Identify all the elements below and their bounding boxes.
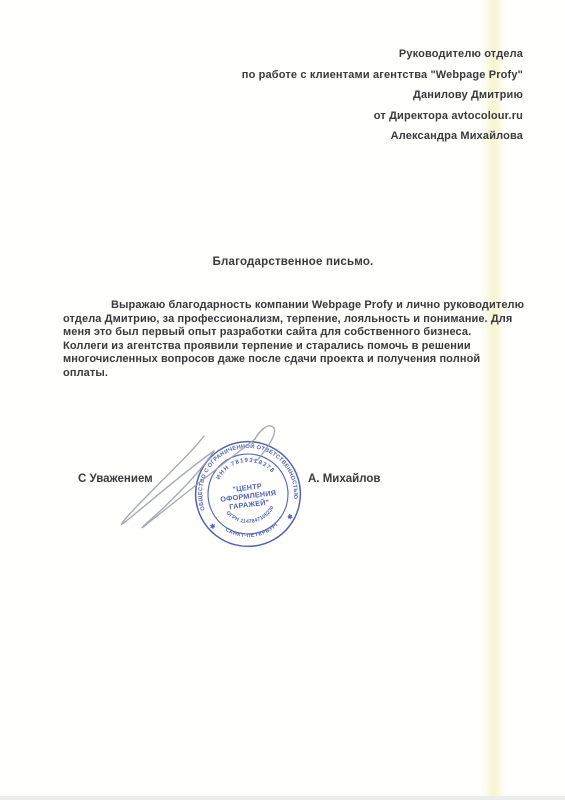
scan-bottom-edge [0,796,565,800]
recipient-block: Руководителю отдела по работе с клиентам… [242,44,523,147]
body-line: отдела Дмитрию, за профессионализм, терп… [63,313,525,327]
closing-signatory-name: А. Михайлов [308,473,380,485]
body-line: многочисленных вопросов даже после сдачи… [63,353,525,367]
handwritten-signature [110,415,310,545]
recipient-line: Руководителю отдела [242,44,523,65]
body-line: меня это был первый опыт разработки сайт… [63,326,525,340]
body-line: Коллеги из агентства проявили терпение и… [63,340,525,354]
signature-stroke [254,426,275,461]
body-line: оплаты. [63,367,525,381]
recipient-line: по работе с клиентами агентства "Webpage… [242,65,523,86]
recipient-line: от Директора avtocolour.ru [242,106,523,127]
letter-body: Выражаю благодарность компании Webpage P… [63,299,525,380]
signature-stroke [121,436,214,524]
body-line: Выражаю благодарность компании Webpage P… [63,299,525,313]
letter-title: Благодарственное письмо. [63,256,523,268]
recipient-line: Александра Михайлова [242,126,523,147]
recipient-line: Данилову Дмитрию [242,85,523,106]
letter-page: Руководителю отдела по работе с клиентам… [0,0,565,800]
